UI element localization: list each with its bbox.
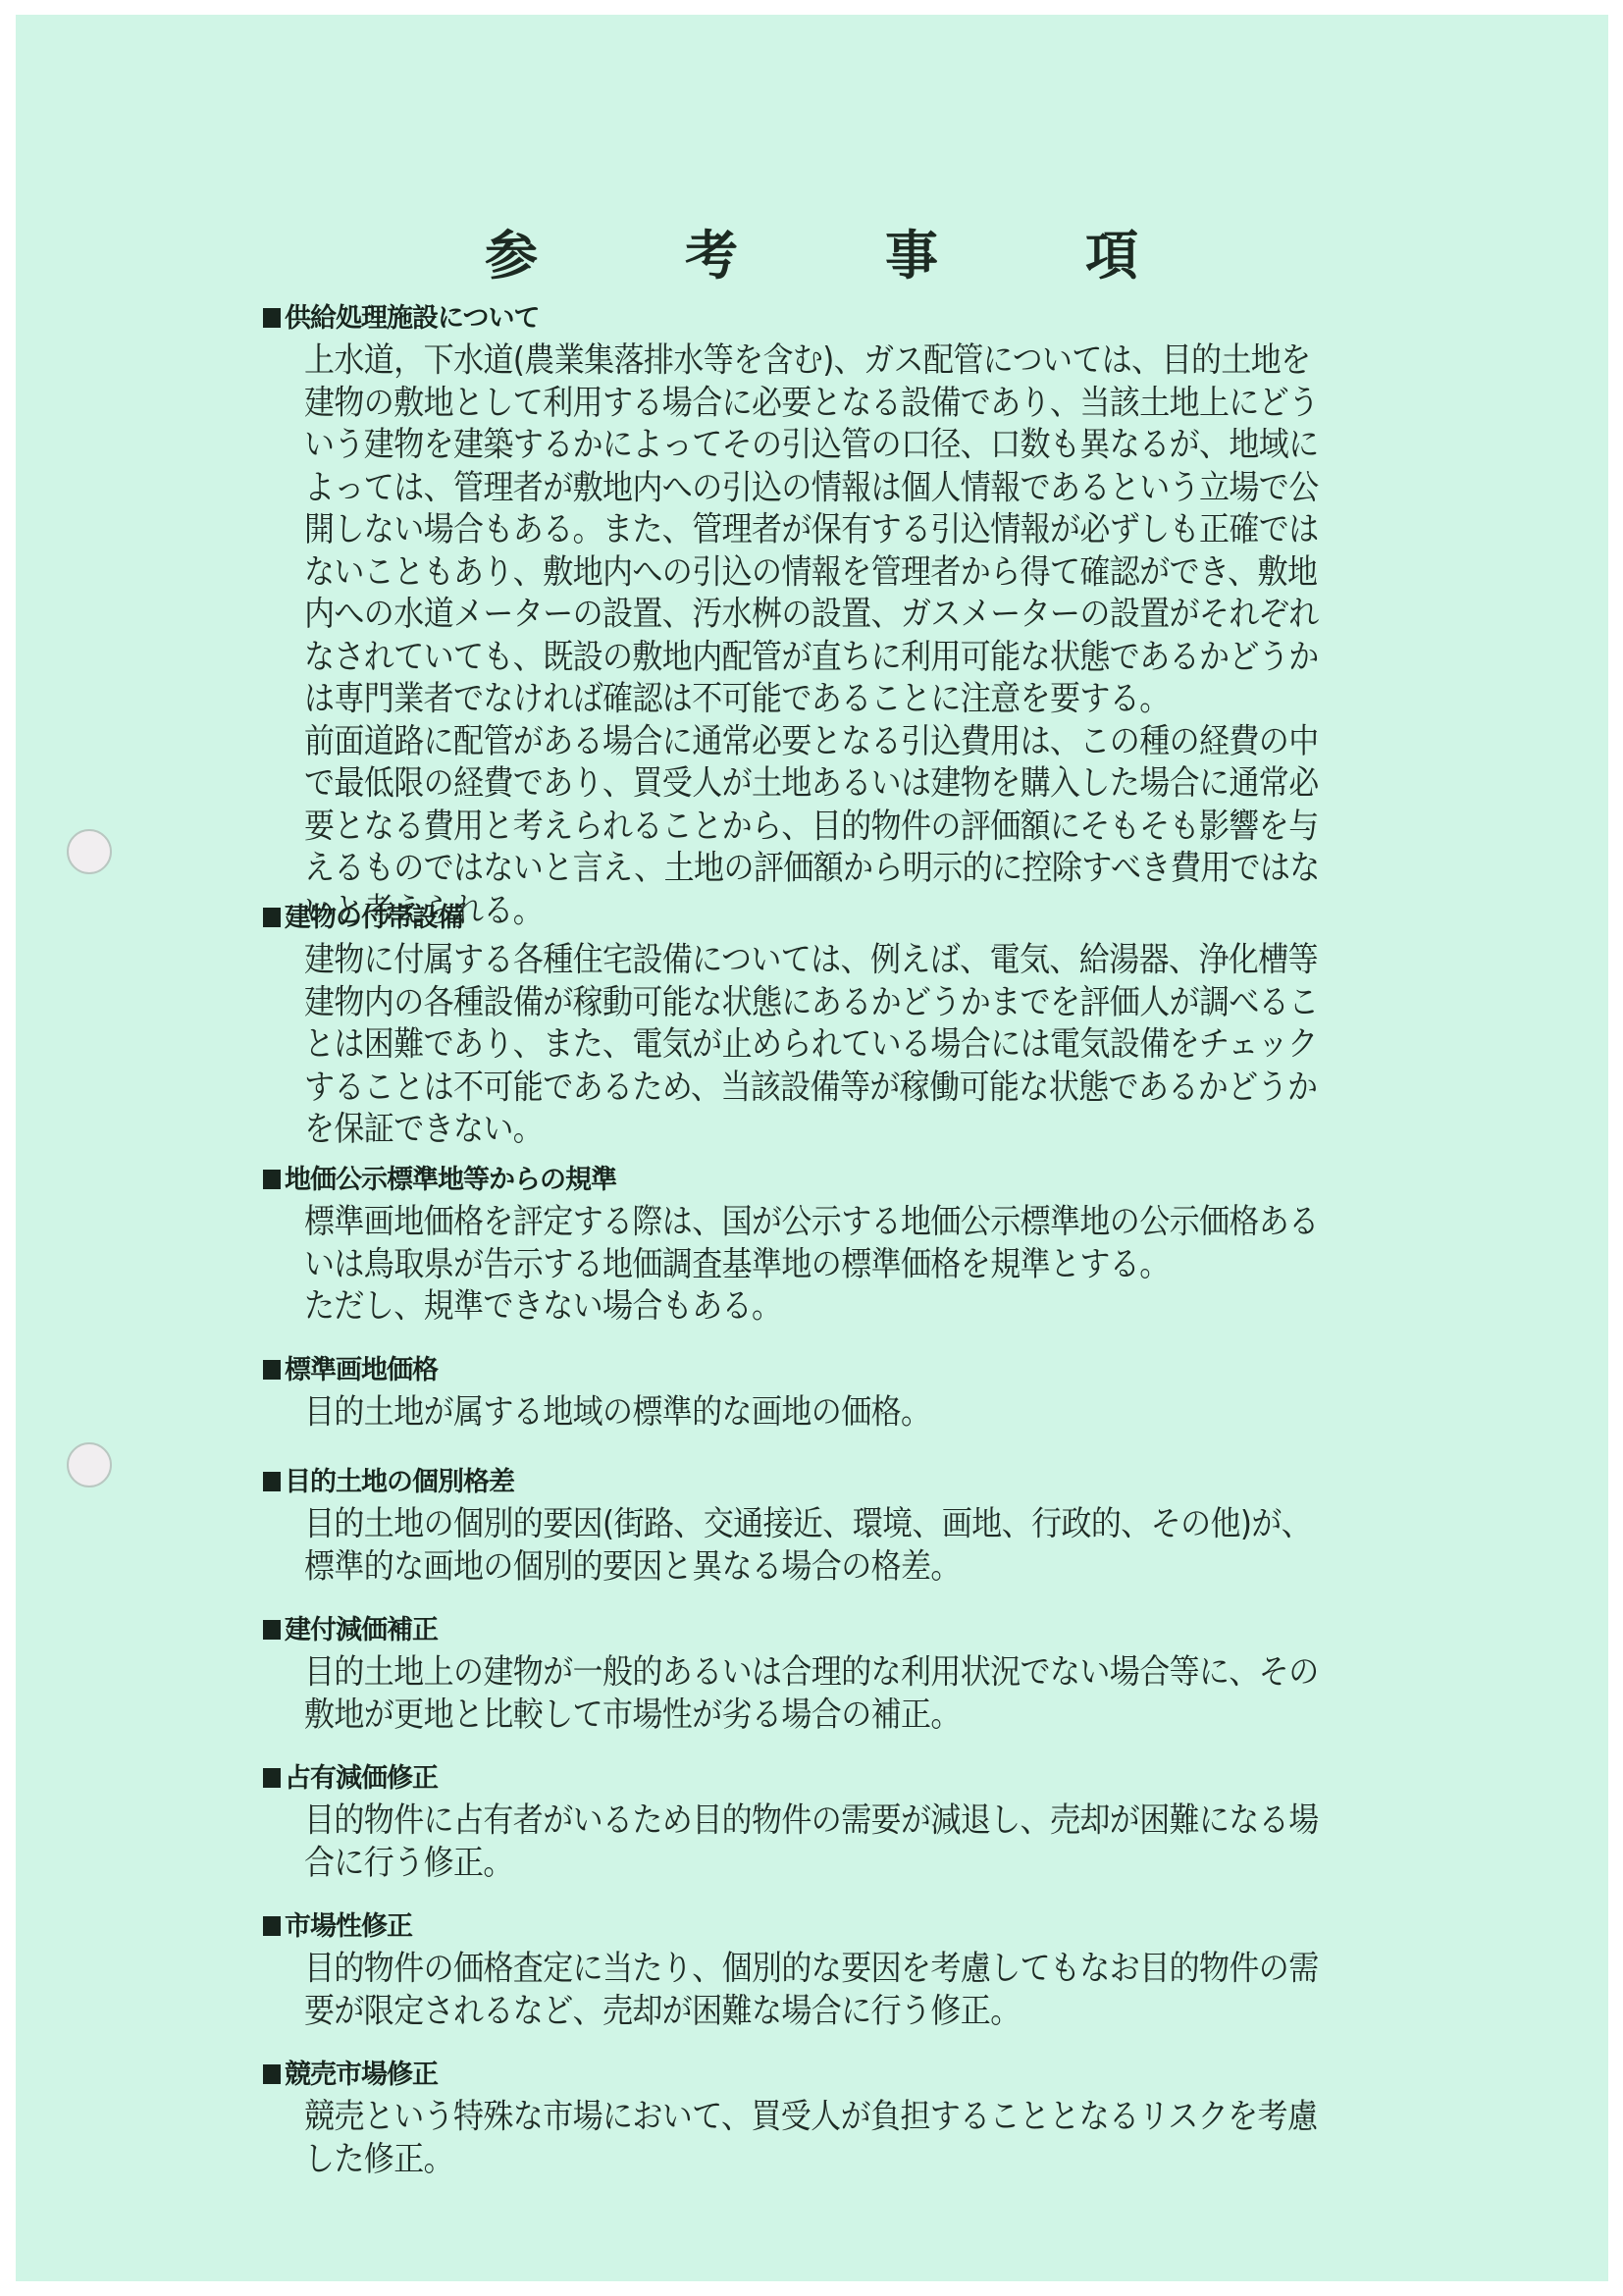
body-line: 敷地が更地と比較して市場性が劣る場合の補正。 [304, 1694, 1423, 1736]
section-benchmark-standard: 地価公示標準地等からの規準 標準画地価格を評定する際は、国が公示する地価公示標準… [263, 1162, 1440, 1315]
body-line: 合に行う修正。 [304, 1842, 1423, 1884]
section-body: 目的土地上の建物が一般的あるいは合理的な利用状況でない場合等に、その 敷地が更地… [304, 1651, 1423, 1736]
section-heading: 供給処理施設について [263, 300, 1440, 338]
square-bullet-icon [263, 1768, 281, 1788]
body-line: 標準的な画地の個別的要因と異なる場合の格差。 [304, 1545, 1423, 1588]
body-line: 標準画地価格を評定する際は、国が公示する地価公示標準地の公示価格ある [304, 1201, 1423, 1243]
body-line: 目的物件の価格査定に当たり、個別的な要因を考慮してもなお目的物件の需 [304, 1948, 1423, 1990]
square-bullet-icon [263, 308, 281, 328]
body-line: は専門業者でなければ確認は不可能であることに注意を要する。 [304, 678, 1423, 720]
section-heading: 標準画地価格 [263, 1352, 1440, 1389]
page-title: 参 考 事 項 [0, 214, 1623, 289]
punch-hole-lower [67, 1442, 112, 1487]
body-line: ただし、規準できない場合もある。 [304, 1285, 1423, 1328]
section-heading: 建物の付帯設備 [263, 900, 1440, 937]
body-line: することは不可能であるため、当該設備等が稼働可能な状態であるかどうか [304, 1066, 1423, 1108]
body-line: とは困難であり、また、電気が止められている場合には電気設備をチェック [304, 1023, 1423, 1066]
section-heading: 市場性修正 [263, 1908, 1440, 1946]
body-line: よっては、管理者が敷地内への引込の情報は個人情報であるという立場で公 [304, 466, 1423, 508]
section-body: 目的物件に占有者がいるため目的物件の需要が減退し、売却が困難になる場 合に行う修… [304, 1800, 1423, 1884]
punch-hole-upper [67, 829, 112, 874]
body-line: を保証できない。 [304, 1108, 1423, 1150]
body-line: 建物内の各種設備が稼動可能な状態にあるかどうかまでを評価人が調べるこ [304, 981, 1423, 1023]
square-bullet-icon [263, 1620, 281, 1640]
section-body: 競売という特殊な市場において、買受人が負担することとなるリスクを考慮 した修正。 [304, 2096, 1423, 2180]
section-body: 上水道，下水道(農業集落排水等を含む)、ガス配管については、目的土地を 建物の敷… [304, 339, 1423, 932]
body-line: で最低限の経費であり、買受人が土地あるいは建物を購入した場合に通常必 [304, 762, 1423, 805]
section-standard-lot-price: 標準画地価格 目的土地が属する地域の標準的な画地の価格。 [263, 1352, 1440, 1430]
square-bullet-icon [263, 2064, 281, 2084]
body-line: 要となる費用と考えられることから、目的物件の評価額にそもそも影響を与 [304, 805, 1423, 847]
body-line: 要が限定されるなど、売却が困難な場合に行う修正。 [304, 1990, 1423, 2032]
section-supply-facilities: 供給処理施設について 上水道，下水道(農業集落排水等を含む)、ガス配管については… [263, 300, 1440, 868]
square-bullet-icon [263, 1360, 281, 1380]
square-bullet-icon [263, 1916, 281, 1936]
body-line: えるものではないと言え、土地の評価額から明示的に控除すべき費用ではな [304, 847, 1423, 889]
section-marketability: 市場性修正 目的物件の価格査定に当たり、個別的な要因を考慮してもなお目的物件の需… [263, 1908, 1440, 2023]
body-line: 目的土地上の建物が一般的あるいは合理的な利用状況でない場合等に、その [304, 1651, 1423, 1694]
section-body: 目的物件の価格査定に当たり、個別的な要因を考慮してもなお目的物件の需 要が限定さ… [304, 1948, 1423, 2032]
section-building-depreciation: 建付減価補正 目的土地上の建物が一般的あるいは合理的な利用状況でない場合等に、そ… [263, 1612, 1440, 1727]
body-line: 前面道路に配管がある場合に通常必要となる引込費用は、この種の経費の中 [304, 720, 1423, 762]
body-line: 競売という特殊な市場において、買受人が負担することとなるリスクを考慮 [304, 2096, 1423, 2138]
section-body: 目的土地の個別的要因(街路、交通接近、環境、画地、行政的、その他)が、 標準的な… [304, 1503, 1423, 1588]
section-individual-differential: 目的土地の個別格差 目的土地の個別的要因(街路、交通接近、環境、画地、行政的、そ… [263, 1464, 1440, 1579]
square-bullet-icon [263, 1472, 281, 1491]
section-body: 建物に付属する各種住宅設備については、例えば、電気、給湯器、浄化槽等 建物内の各… [304, 939, 1423, 1151]
section-auction-market: 競売市場修正 競売という特殊な市場において、買受人が負担することとなるリスクを考… [263, 2057, 1440, 2171]
section-heading: 地価公示標準地等からの規準 [263, 1162, 1440, 1199]
body-line: 建物に付属する各種住宅設備については、例えば、電気、給湯器、浄化槽等 [304, 939, 1423, 981]
square-bullet-icon [263, 908, 281, 927]
body-line: した修正。 [304, 2138, 1423, 2180]
section-heading: 目的土地の個別格差 [263, 1464, 1440, 1501]
square-bullet-icon [263, 1170, 281, 1189]
body-line: 目的土地が属する地域の標準的な画地の価格。 [304, 1391, 1423, 1434]
section-heading: 占有減価修正 [263, 1760, 1440, 1798]
body-line: 建物の敷地として利用する場合に必要となる設備であり、当該土地上にどう [304, 382, 1423, 424]
section-heading: 競売市場修正 [263, 2057, 1440, 2094]
body-line: いう建物を建築するかによってその引込管の口径、口数も異なるが、地域に [304, 424, 1423, 466]
body-line: なされていても、既設の敷地内配管が直ちに利用可能な状態であるかどうか [304, 636, 1423, 678]
body-line: ないこともあり、敷地内への引込の情報を管理者から得て確認ができ、敷地 [304, 551, 1423, 594]
body-line: 目的土地の個別的要因(街路、交通接近、環境、画地、行政的、その他)が、 [304, 1503, 1423, 1545]
body-line: 開しない場合もある。また、管理者が保有する引込情報が必ずしも正確では [304, 508, 1423, 550]
section-body: 目的土地が属する地域の標準的な画地の価格。 [304, 1391, 1423, 1434]
body-line: 内への水道メーターの設置、汚水桝の設置、ガスメーターの設置がそれぞれ [304, 594, 1423, 636]
section-heading: 建付減価補正 [263, 1612, 1440, 1649]
body-line: 上水道，下水道(農業集落排水等を含む)、ガス配管については、目的土地を [304, 339, 1423, 382]
body-line: 目的物件に占有者がいるため目的物件の需要が減退し、売却が困難になる場 [304, 1800, 1423, 1842]
section-occupancy-depreciation: 占有減価修正 目的物件に占有者がいるため目的物件の需要が減退し、売却が困難になる… [263, 1760, 1440, 1875]
section-building-equipment: 建物の付帯設備 建物に付属する各種住宅設備については、例えば、電気、給湯器、浄化… [263, 900, 1440, 1128]
body-line: いは鳥取県が告示する地価調査基準地の標準価格を規準とする。 [304, 1243, 1423, 1285]
section-body: 標準画地価格を評定する際は、国が公示する地価公示標準地の公示価格ある いは鳥取県… [304, 1201, 1423, 1328]
